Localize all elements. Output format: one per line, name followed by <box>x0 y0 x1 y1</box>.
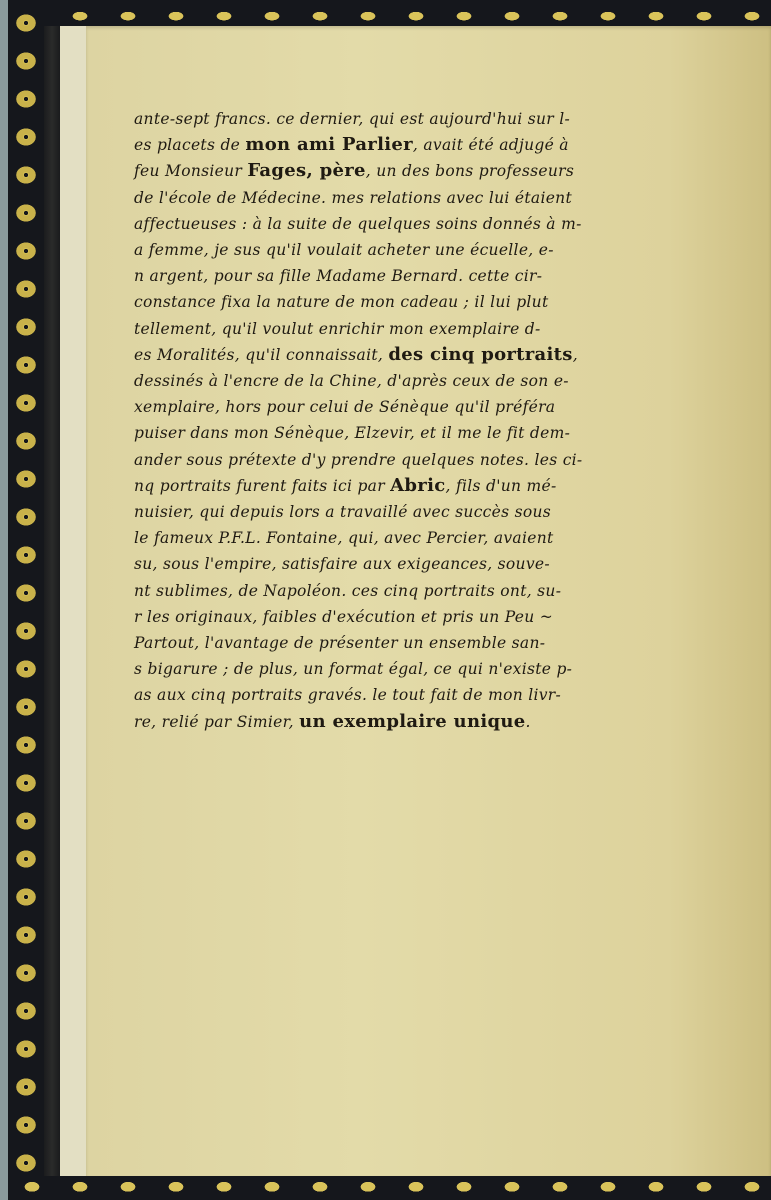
text-segment: , fils d'un mé- <box>446 477 557 495</box>
text-line: nq portraits furent faits ici par Abric,… <box>134 473 734 499</box>
text-segment: Partout, l'avantage de présenter un ense… <box>134 634 545 652</box>
endpaper-turn-in <box>60 26 87 1176</box>
text-segment: su, sous l'empire, satisfaire aux exigea… <box>134 555 550 573</box>
text-line: nt sublimes, de Napoléon. ces cinq portr… <box>134 578 734 604</box>
text-line: s bigarure ; de plus, un format égal, ce… <box>134 656 734 682</box>
text-segment: s bigarure ; de plus, un format égal, ce… <box>134 660 572 678</box>
text-line: affectueuses : à la suite de quelques so… <box>134 211 734 237</box>
text-segment: es placets de <box>134 136 245 154</box>
gilt-border-bottom <box>8 1176 771 1200</box>
emphasized-text: Fages, père <box>247 160 365 181</box>
text-segment: es Moralités, qu'il connaissait, <box>134 346 388 364</box>
text-segment: n argent, pour sa fille Madame Bernard. … <box>134 267 542 285</box>
text-segment: de l'école de Médecine. mes relations av… <box>134 189 572 207</box>
text-segment: nuisier, qui depuis lors a travaillé ave… <box>134 503 551 521</box>
text-line: nuisier, qui depuis lors a travaillé ave… <box>134 499 734 525</box>
text-line: re, relié par Simier, un exemplaire uniq… <box>134 709 734 735</box>
text-segment: nq portraits furent faits ici par <box>134 477 390 495</box>
text-segment: affectueuses : à la suite de quelques so… <box>134 215 582 233</box>
text-segment: dessinés à l'encre de la Chine, d'après … <box>134 372 569 390</box>
text-segment: xemplaire, hors pour celui de Sénèque qu… <box>134 398 555 416</box>
text-line: n argent, pour sa fille Madame Bernard. … <box>134 263 734 289</box>
text-line: feu Monsieur Fages, père, un des bons pr… <box>134 158 734 184</box>
text-line: puiser dans mon Sénèque, Elzevir, et il … <box>134 420 734 446</box>
text-segment: tellement, qu'il voulut enrichir mon exe… <box>134 320 541 338</box>
text-line: xemplaire, hors pour celui de Sénèque qu… <box>134 394 734 420</box>
text-segment: a femme, je sus qu'il voulait acheter un… <box>134 241 554 259</box>
text-segment: puiser dans mon Sénèque, Elzevir, et il … <box>134 424 570 442</box>
text-segment: , avait été adjugé à <box>413 136 569 154</box>
emphasized-text: mon ami Parlier <box>245 134 413 155</box>
text-line: es placets de mon ami Parlier, avait été… <box>134 132 734 158</box>
gilt-border-left <box>8 4 44 1200</box>
emphasized-text: des cinq portraits <box>388 344 572 365</box>
text-line: r les originaux, faibles d'exécution et … <box>134 604 734 630</box>
text-segment: r les originaux, faibles d'exécution et … <box>134 608 553 626</box>
text-segment: constance fixa la nature de mon cadeau ;… <box>134 293 549 311</box>
text-line: de l'école de Médecine. mes relations av… <box>134 185 734 211</box>
emphasized-text: Abric <box>390 475 445 496</box>
text-line: a femme, je sus qu'il voulait acheter un… <box>134 237 734 263</box>
text-line: le fameux P.F.L. Fontaine, qui, avec Per… <box>134 525 734 551</box>
text-segment: , un des bons professeurs <box>366 162 574 180</box>
text-line: dessinés à l'encre de la Chine, d'après … <box>134 368 734 394</box>
text-segment: le fameux P.F.L. Fontaine, qui, avec Per… <box>134 529 554 547</box>
handwritten-text-block: ante-sept francs. ce dernier, qui est au… <box>134 106 734 735</box>
text-segment: re, relié par Simier, <box>134 713 299 731</box>
text-line: es Moralités, qu'il connaissait, des cin… <box>134 342 734 368</box>
text-segment: . <box>526 713 531 731</box>
text-line: su, sous l'empire, satisfaire aux exigea… <box>134 551 734 577</box>
gilt-border-top <box>8 4 771 26</box>
text-segment: , <box>573 346 578 364</box>
text-line: tellement, qu'il voulut enrichir mon exe… <box>134 316 734 342</box>
binding-inner-strip <box>44 26 60 1176</box>
emphasized-text: un exemplaire unique <box>299 711 525 732</box>
text-segment: ante-sept francs. ce dernier, qui est au… <box>134 110 570 128</box>
text-line: constance fixa la nature de mon cadeau ;… <box>134 289 734 315</box>
text-line: as aux cinq portraits gravés. le tout fa… <box>134 682 734 708</box>
text-segment: nt sublimes, de Napoléon. ces cinq portr… <box>134 582 561 600</box>
text-line: ante-sept francs. ce dernier, qui est au… <box>134 106 734 132</box>
text-line: Partout, l'avantage de présenter un ense… <box>134 630 734 656</box>
text-segment: feu Monsieur <box>134 162 247 180</box>
text-line: ander sous prétexte d'y prendre quelques… <box>134 447 734 473</box>
text-segment: as aux cinq portraits gravés. le tout fa… <box>134 686 561 704</box>
text-segment: ander sous prétexte d'y prendre quelques… <box>134 451 582 469</box>
